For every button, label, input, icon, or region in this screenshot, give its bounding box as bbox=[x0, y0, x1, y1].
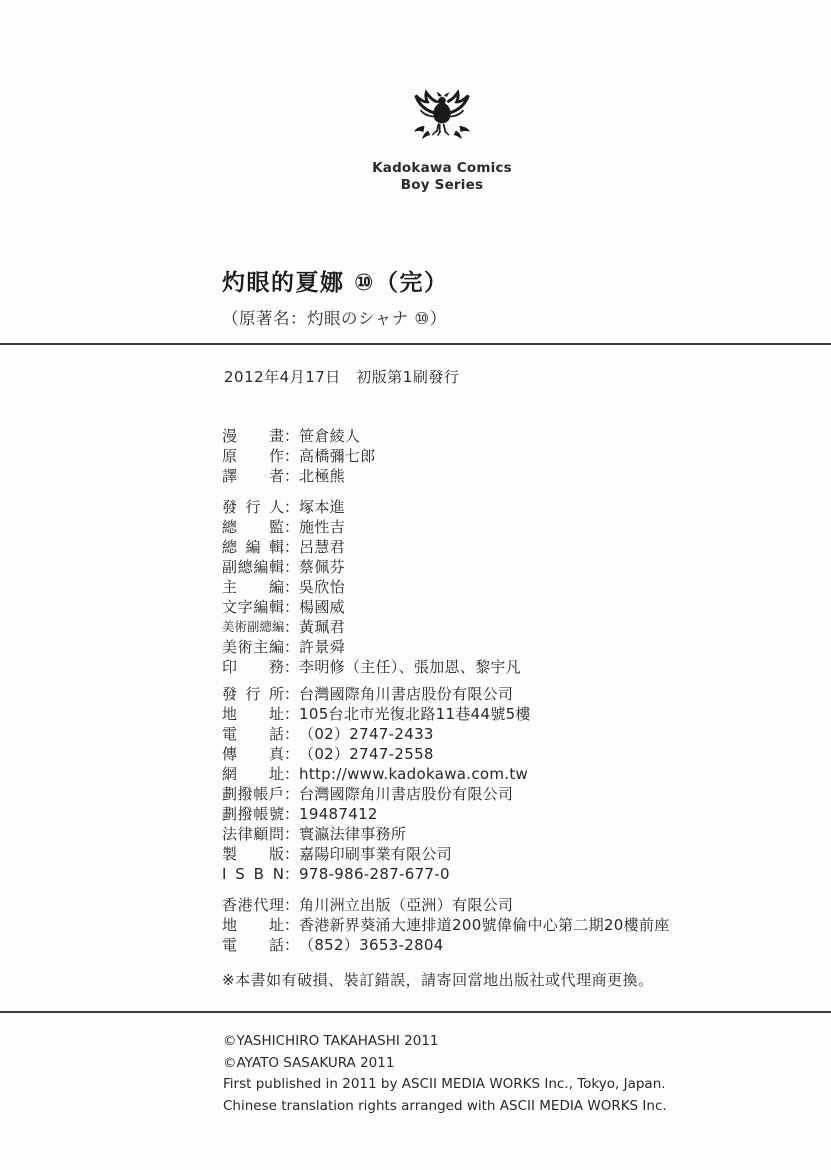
damage-exchange-notice: ※本書如有破損、裝訂錯誤，請寄回當地出版社或代理商更換。 bbox=[222, 969, 670, 990]
credit-row: 香港代理：角川洲立出版（亞洲）有限公司 bbox=[222, 895, 670, 915]
credit-row: 主 編：吳欣怡 bbox=[222, 577, 670, 597]
credit-row: 漫 畫：笹倉綾人 bbox=[222, 426, 670, 446]
credit-row: 發 行 所：台灣國際角川書店股份有限公司 bbox=[222, 684, 670, 704]
credit-label: 劃撥帳號 bbox=[222, 804, 284, 824]
copyright-section: ©YASHICHIRO TAKAHASHI 2011 ©AYATO SASAKU… bbox=[223, 1031, 667, 1117]
credit-group-hongkong: 香港代理：角川洲立出版（亞洲）有限公司 地 址：香港新界葵涌大連排道200號偉倫… bbox=[222, 895, 670, 955]
credit-label: 主 編 bbox=[222, 577, 284, 597]
colon-separator: ： bbox=[284, 426, 299, 446]
title-block: 灼眼的夏娜 ⑩（完） （原著名：灼眼のシャナ ⑩） bbox=[222, 264, 448, 329]
credit-label: 電 話 bbox=[222, 724, 284, 744]
credit-label: 總 監 bbox=[222, 517, 284, 537]
credit-label: 發 行 所 bbox=[222, 684, 284, 704]
credit-label: 譯 者 bbox=[222, 466, 284, 486]
credit-value: 高橋彌七郎 bbox=[299, 446, 376, 466]
credit-label: I S B N bbox=[222, 864, 284, 884]
credit-value: 施性吉 bbox=[299, 517, 345, 537]
credit-label: 法律顧問 bbox=[222, 824, 284, 844]
website-url: http://www.kadokawa.com.tw bbox=[299, 764, 528, 784]
credit-label: 副總編輯 bbox=[222, 557, 284, 577]
credit-value: 楊國威 bbox=[299, 597, 345, 617]
book-title: 灼眼的夏娜 ⑩（完） bbox=[222, 264, 448, 297]
credit-row: 譯 者：北極熊 bbox=[222, 466, 670, 486]
divider-bottom bbox=[0, 1011, 831, 1013]
credit-value: 105台北市光復北路11巷44號5樓 bbox=[299, 704, 531, 724]
colon-separator: ： bbox=[284, 764, 299, 784]
colon-separator: ： bbox=[284, 466, 299, 486]
credit-value: 香港新界葵涌大連排道200號偉倫中心第二期20樓前座 bbox=[299, 915, 670, 935]
credit-row: 劃撥帳號：19487412 bbox=[222, 804, 670, 824]
colon-separator: ： bbox=[284, 824, 299, 844]
isbn-value: 978-986-287-677-0 bbox=[299, 864, 450, 884]
credit-value: 19487412 bbox=[299, 804, 378, 824]
credit-row: 傳 真：（02）2747-2558 bbox=[222, 744, 670, 764]
edition-date: 2012年4月17日 初版第1刷發行 bbox=[224, 366, 459, 387]
credit-value: 角川洲立出版（亞洲）有限公司 bbox=[299, 895, 513, 915]
credit-row: I S B N：978-986-287-677-0 bbox=[222, 864, 670, 884]
credit-value: 台灣國際角川書店股份有限公司 bbox=[299, 784, 513, 804]
colon-separator: ： bbox=[284, 497, 299, 517]
colophon-page: { "logo": { "line1": "Kadokawa Comics", … bbox=[0, 0, 831, 1170]
credit-value: 嘉陽印刷事業有限公司 bbox=[299, 844, 452, 864]
colon-separator: ： bbox=[284, 617, 299, 637]
credit-label: 傳 真 bbox=[222, 744, 284, 764]
copyright-line: Chinese translation rights arranged with… bbox=[223, 1096, 667, 1118]
credit-row: 法律顧問：寰瀛法律事務所 bbox=[222, 824, 670, 844]
colon-separator: ： bbox=[284, 724, 299, 744]
colon-separator: ： bbox=[284, 517, 299, 537]
credit-label: 原 作 bbox=[222, 446, 284, 466]
credit-row: 地 址：105台北市光復北路11巷44號5樓 bbox=[222, 704, 670, 724]
credit-label: 美術主編 bbox=[222, 637, 284, 657]
colon-separator: ： bbox=[284, 684, 299, 704]
divider-top bbox=[0, 343, 831, 345]
credit-group-publisher: 發 行 所：台灣國際角川書店股份有限公司 地 址：105台北市光復北路11巷44… bbox=[222, 684, 670, 884]
credit-value: 笹倉綾人 bbox=[299, 426, 360, 446]
credit-value: （02）2747-2558 bbox=[299, 744, 434, 764]
colon-separator: ： bbox=[284, 577, 299, 597]
credit-row: 地 址：香港新界葵涌大連排道200號偉倫中心第二期20樓前座 bbox=[222, 915, 670, 935]
credit-value: 吳欣怡 bbox=[299, 577, 345, 597]
credit-value: 塚本進 bbox=[299, 497, 345, 517]
logo-series-line1: Kadokawa Comics bbox=[372, 160, 512, 177]
credit-value: 寰瀛法律事務所 bbox=[299, 824, 406, 844]
copyright-line: ©YASHICHIRO TAKAHASHI 2011 bbox=[223, 1031, 667, 1053]
credit-row: 印 務：李明修（主任）、張加恩、黎宇凡 bbox=[222, 657, 670, 677]
credit-group-staff: 發 行 人：塚本進 總 監：施性吉 總 編 輯：呂慧君 副總編輯：蔡佩芬 主 編… bbox=[222, 497, 670, 677]
credit-label: 總 編 輯 bbox=[222, 537, 284, 557]
credit-value: （02）2747-2433 bbox=[299, 724, 434, 744]
credit-row: 總 監：施性吉 bbox=[222, 517, 670, 537]
colon-separator: ： bbox=[284, 744, 299, 764]
credit-value: 黃珮君 bbox=[299, 617, 345, 637]
credit-value: 蔡佩芬 bbox=[299, 557, 345, 577]
colon-separator: ： bbox=[284, 895, 299, 915]
credit-row: 電 話：（852）3653-2804 bbox=[222, 935, 670, 955]
colon-separator: ： bbox=[284, 804, 299, 824]
colon-separator: ： bbox=[284, 597, 299, 617]
credit-value: 台灣國際角川書店股份有限公司 bbox=[299, 684, 513, 704]
credit-label: 文字編輯 bbox=[222, 597, 284, 617]
colon-separator: ： bbox=[284, 557, 299, 577]
credits-section: 漫 畫：笹倉綾人 原 作：高橋彌七郎 譯 者：北極熊 發 行 人：塚本進 總 監… bbox=[222, 426, 670, 990]
copyright-line: First published in 2011 by ASCII MEDIA W… bbox=[223, 1074, 667, 1096]
phoenix-logo-icon bbox=[407, 84, 477, 156]
credit-value: 李明修（主任）、張加恩、黎宇凡 bbox=[299, 657, 521, 677]
credit-label: 劃撥帳戶 bbox=[222, 784, 284, 804]
credit-row: 副總編輯：蔡佩芬 bbox=[222, 557, 670, 577]
credit-value: （852）3653-2804 bbox=[299, 935, 444, 955]
logo-series-line2: Boy Series bbox=[372, 177, 512, 194]
original-title: （原著名：灼眼のシャナ ⑩） bbox=[222, 305, 448, 329]
credit-row: 電 話：（02）2747-2433 bbox=[222, 724, 670, 744]
publisher-logo-block: Kadokawa Comics Boy Series bbox=[372, 84, 512, 194]
colon-separator: ： bbox=[284, 657, 299, 677]
colon-separator: ： bbox=[284, 864, 299, 884]
colon-separator: ： bbox=[284, 637, 299, 657]
credit-label: 地 址 bbox=[222, 704, 284, 724]
credit-label: 網 址 bbox=[222, 764, 284, 784]
credit-label: 美術副總編 bbox=[222, 617, 284, 637]
colon-separator: ： bbox=[284, 704, 299, 724]
credit-value: 許景舜 bbox=[299, 637, 345, 657]
colon-separator: ： bbox=[284, 446, 299, 466]
credit-label: 漫 畫 bbox=[222, 426, 284, 446]
credit-label: 製 版 bbox=[222, 844, 284, 864]
credit-row: 網 址：http://www.kadokawa.com.tw bbox=[222, 764, 670, 784]
credit-row: 發 行 人：塚本進 bbox=[222, 497, 670, 517]
credit-value: 北極熊 bbox=[299, 466, 345, 486]
credit-label: 電 話 bbox=[222, 935, 284, 955]
credit-row: 劃撥帳戶：台灣國際角川書店股份有限公司 bbox=[222, 784, 670, 804]
credit-row: 總 編 輯：呂慧君 bbox=[222, 537, 670, 557]
colon-separator: ： bbox=[284, 537, 299, 557]
copyright-line: ©AYATO SASAKURA 2011 bbox=[223, 1053, 667, 1075]
colon-separator: ： bbox=[284, 915, 299, 935]
credit-label: 香港代理 bbox=[222, 895, 284, 915]
credit-row: 製 版：嘉陽印刷事業有限公司 bbox=[222, 844, 670, 864]
credit-row: 原 作：高橋彌七郎 bbox=[222, 446, 670, 466]
credit-label: 發 行 人 bbox=[222, 497, 284, 517]
colon-separator: ： bbox=[284, 784, 299, 804]
credit-label: 地 址 bbox=[222, 915, 284, 935]
credit-row: 美術主編：許景舜 bbox=[222, 637, 670, 657]
credit-row: 文字編輯：楊國威 bbox=[222, 597, 670, 617]
credit-label: 印 務 bbox=[222, 657, 284, 677]
credit-group-authors: 漫 畫：笹倉綾人 原 作：高橋彌七郎 譯 者：北極熊 bbox=[222, 426, 670, 486]
credit-row: 美術副總編：黃珮君 bbox=[222, 617, 670, 637]
colon-separator: ： bbox=[284, 935, 299, 955]
credit-value: 呂慧君 bbox=[299, 537, 345, 557]
colon-separator: ： bbox=[284, 844, 299, 864]
